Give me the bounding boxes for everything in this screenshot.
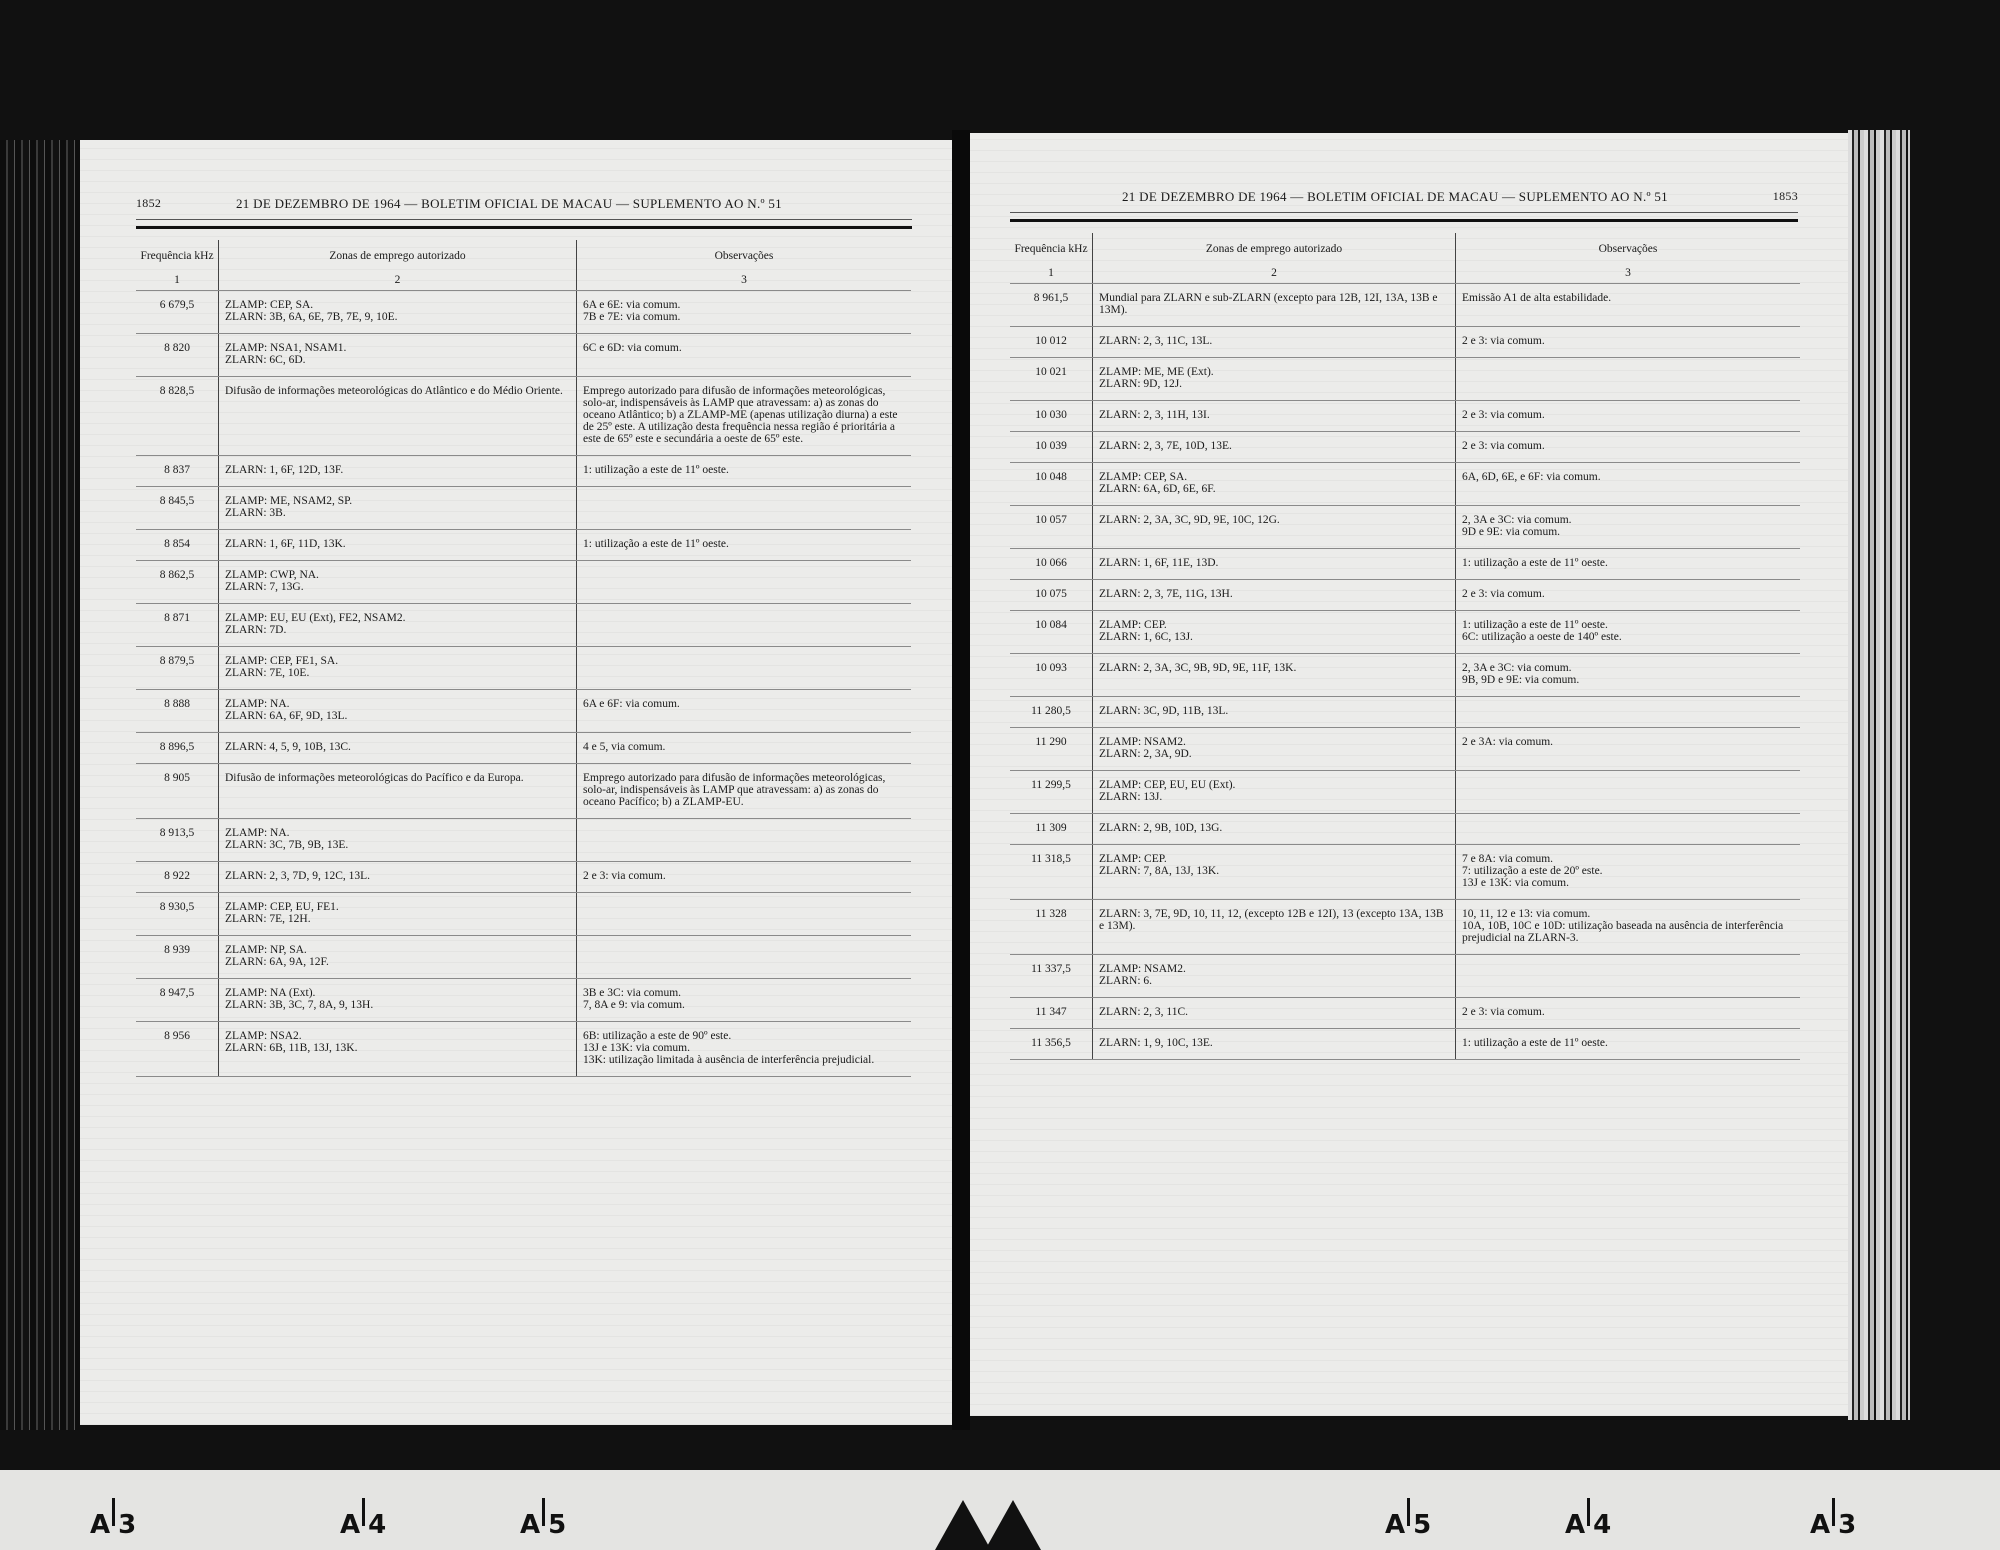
frequency-cell: 8 961,5 xyxy=(1010,284,1093,327)
frequency-cell: 8 837 xyxy=(136,456,219,487)
zones-cell-line: ZLAMP: CEP, FE1, SA. xyxy=(225,655,570,667)
observations-cell: 3B e 3C: via comum.7, 8A e 9: via comum. xyxy=(577,979,912,1022)
zones-cell: ZLAMP: EU, EU (Ext), FE2, NSAM2.ZLARN: 7… xyxy=(219,604,577,647)
zones-cell: ZLARN: 2, 9B, 10D, 13G. xyxy=(1093,814,1456,845)
frequency-cell: 8 905 xyxy=(136,764,219,819)
zones-cell: ZLARN: 4, 5, 9, 10B, 13C. xyxy=(219,733,577,764)
frequency-cell-line: 11 299,5 xyxy=(1016,779,1086,791)
frequency-cell: 8 939 xyxy=(136,936,219,979)
observations-cell xyxy=(577,487,912,530)
frequency-cell-line: 10 039 xyxy=(1016,440,1086,452)
zones-cell-line: ZLARN: 6B, 11B, 13J, 13K. xyxy=(225,1042,570,1054)
zones-cell: ZLARN: 2, 3A, 3C, 9B, 9D, 9E, 11F, 13K. xyxy=(1093,654,1456,697)
frequency-cell: 10 021 xyxy=(1010,358,1093,401)
observations-cell: 1: utilização a este de 11º oeste. xyxy=(1456,1029,1801,1060)
zones-cell-line: ZLARN: 1, 6F, 11D, 13K. xyxy=(225,538,570,550)
frequency-cell: 11 309 xyxy=(1010,814,1093,845)
observations-cell-line: 1: utilização a este de 11º oeste. xyxy=(583,538,905,550)
frequency-cell-line: 11 290 xyxy=(1016,736,1086,748)
header-rule xyxy=(1010,219,1798,222)
frequency-cell-line: 11 309 xyxy=(1016,822,1086,834)
table-row: 8 871ZLAMP: EU, EU (Ext), FE2, NSAM2.ZLA… xyxy=(136,604,911,647)
frequency-cell: 10 039 xyxy=(1010,432,1093,463)
zones-cell-line: ZLAMP: EU, EU (Ext), FE2, NSAM2. xyxy=(225,612,570,624)
frequency-cell-line: 11 347 xyxy=(1016,1006,1086,1018)
observations-cell-line: 7: utilização a este de 20º este. xyxy=(1462,865,1794,877)
page-number: 1852 xyxy=(136,196,161,211)
observations-cell-line: 10A, 10B, 10C e 10D: utilização baseada … xyxy=(1462,920,1794,944)
zones-cell-line: ZLARN: 2, 3, 11C, 13L. xyxy=(1099,335,1449,347)
table-row: 8 854ZLARN: 1, 6F, 11D, 13K.1: utilizaçã… xyxy=(136,530,911,561)
observations-cell xyxy=(577,819,912,862)
observations-cell-line: 9B, 9D e 9E: via comum. xyxy=(1462,674,1794,686)
frequency-cell-line: 10 030 xyxy=(1016,409,1086,421)
frequency-cell-line: 11 280,5 xyxy=(1016,705,1086,717)
film-notch-right xyxy=(985,1500,1041,1550)
observations-cell-line: 2 e 3: via comum. xyxy=(1462,409,1794,421)
frequency-table: Frequência kHz Zonas de emprego autoriza… xyxy=(1010,233,1800,1060)
zones-cell-line: ZLARN: 7, 8A, 13J, 13K. xyxy=(1099,865,1449,877)
frequency-cell-line: 11 328 xyxy=(1016,908,1086,920)
frequency-cell: 8 896,5 xyxy=(136,733,219,764)
observations-cell-line: 2, 3A e 3C: via comum. xyxy=(1462,514,1794,526)
frequency-cell: 8 922 xyxy=(136,862,219,893)
zones-cell-line: ZLARN: 13J. xyxy=(1099,791,1449,803)
zones-cell: ZLAMP: CEP, FE1, SA.ZLARN: 7E, 10E. xyxy=(219,647,577,690)
zones-cell-line: ZLARN: 1, 6C, 13J. xyxy=(1099,631,1449,643)
zones-cell: ZLAMP: CEP, EU, EU (Ext).ZLARN: 13J. xyxy=(1093,771,1456,814)
zones-cell-line: ZLAMP: CEP, EU, EU (Ext). xyxy=(1099,779,1449,791)
observations-cell: 2 e 3: via comum. xyxy=(577,862,912,893)
observations-cell-line: 13K: utilização limitada à ausência de i… xyxy=(583,1054,905,1066)
zones-cell: ZLARN: 3, 7E, 9D, 10, 11, 12, (excepto 1… xyxy=(1093,900,1456,955)
zones-cell-line: ZLARN: 2, 9B, 10D, 13G. xyxy=(1099,822,1449,834)
observations-cell-line: 2 e 3: via comum. xyxy=(1462,1006,1794,1018)
observations-cell xyxy=(577,647,912,690)
header-zones: Zonas de emprego autorizado xyxy=(219,240,577,268)
frequency-cell: 8 947,5 xyxy=(136,979,219,1022)
observations-cell-line: 7 e 8A: via comum. xyxy=(1462,853,1794,865)
frequency-cell-line: 10 057 xyxy=(1016,514,1086,526)
column-number-row: 1 2 3 xyxy=(1010,261,1800,284)
frequency-cell-line: 6 679,5 xyxy=(142,299,212,311)
observations-cell-line: 1: utilização a este de 11º oeste. xyxy=(1462,557,1794,569)
frequency-cell-line: 8 879,5 xyxy=(142,655,212,667)
film-marker: A4 xyxy=(1565,1510,1611,1540)
zones-cell-line: ZLARN: 4, 5, 9, 10B, 13C. xyxy=(225,741,570,753)
observations-cell: Emprego autorizado para difusão de infor… xyxy=(577,764,912,819)
observations-cell-line: 6A e 6F: via comum. xyxy=(583,698,905,710)
observations-cell: 1: utilização a este de 11º oeste. xyxy=(577,530,912,561)
zones-cell-line: ZLARN: 3B, 3C, 7, 8A, 9, 13H. xyxy=(225,999,570,1011)
zones-cell-line: ZLARN: 6A, 6F, 9D, 13L. xyxy=(225,710,570,722)
observations-cell-line: 6A e 6E: via comum. xyxy=(583,299,905,311)
frequency-cell-line: 8 896,5 xyxy=(142,741,212,753)
zones-cell-line: ZLAMP: CEP, SA. xyxy=(225,299,570,311)
page-number: 1853 xyxy=(1773,189,1798,204)
table-row: 11 356,5ZLARN: 1, 9, 10C, 13E.1: utiliza… xyxy=(1010,1029,1800,1060)
zones-cell: ZLAMP: NA (Ext).ZLARN: 3B, 3C, 7, 8A, 9,… xyxy=(219,979,577,1022)
zones-cell: ZLARN: 1, 6F, 12D, 13F. xyxy=(219,456,577,487)
frequency-cell: 11 337,5 xyxy=(1010,955,1093,998)
table-row: 10 075ZLARN: 2, 3, 7E, 11G, 13H.2 e 3: v… xyxy=(1010,580,1800,611)
frequency-cell-line: 8 854 xyxy=(142,538,212,550)
observations-cell: 1: utilização a este de 11º oeste. xyxy=(577,456,912,487)
zones-cell: ZLAMP: CEP.ZLARN: 1, 6C, 13J. xyxy=(1093,611,1456,654)
frequency-cell: 10 093 xyxy=(1010,654,1093,697)
zones-cell: ZLAMP: CEP, SA.ZLARN: 6A, 6D, 6E, 6F. xyxy=(1093,463,1456,506)
zones-cell: Difusão de informações meteorológicas do… xyxy=(219,764,577,819)
frequency-cell: 11 347 xyxy=(1010,998,1093,1029)
zones-cell: ZLARN: 2, 3, 11C, 13L. xyxy=(1093,327,1456,358)
zones-cell: ZLAMP: ME, ME (Ext).ZLARN: 9D, 12J. xyxy=(1093,358,1456,401)
table-row: 8 888ZLAMP: NA.ZLARN: 6A, 6F, 9D, 13L.6A… xyxy=(136,690,911,733)
zones-cell-line: ZLARN: 1, 9, 10C, 13E. xyxy=(1099,1037,1449,1049)
zones-cell-line: ZLAMP: NSAM2. xyxy=(1099,963,1449,975)
table-row: 11 318,5ZLAMP: CEP.ZLARN: 7, 8A, 13J, 13… xyxy=(1010,845,1800,900)
zones-cell: ZLAMP: CEP, SA.ZLARN: 3B, 6A, 6E, 7B, 7E… xyxy=(219,291,577,334)
frequency-cell: 8 820 xyxy=(136,334,219,377)
zones-cell: ZLARN: 2, 3, 7E, 10D, 13E. xyxy=(1093,432,1456,463)
table-body: 8 961,5Mundial para ZLARN e sub-ZLARN (e… xyxy=(1010,284,1800,1060)
column-number: 3 xyxy=(577,268,912,291)
frequency-cell: 8 845,5 xyxy=(136,487,219,530)
frequency-cell: 8 930,5 xyxy=(136,893,219,936)
zones-cell: ZLAMP: CEP, EU, FE1.ZLARN: 7E, 12H. xyxy=(219,893,577,936)
film-marker: A4 xyxy=(340,1510,386,1540)
observations-cell: 2, 3A e 3C: via comum.9D e 9E: via comum… xyxy=(1456,506,1801,549)
observations-cell: 1: utilização a este de 11º oeste.6C: ut… xyxy=(1456,611,1801,654)
film-marker: A3 xyxy=(90,1510,136,1540)
observations-cell-line: 13J e 13K: via comum. xyxy=(583,1042,905,1054)
zones-cell-line: ZLARN: 1, 6F, 11E, 13D. xyxy=(1099,557,1449,569)
observations-cell xyxy=(1456,814,1801,845)
observations-cell: 2, 3A e 3C: via comum.9B, 9D e 9E: via c… xyxy=(1456,654,1801,697)
frequency-cell-line: 8 905 xyxy=(142,772,212,784)
observations-cell xyxy=(1456,358,1801,401)
observations-cell: 7 e 8A: via comum.7: utilização a este d… xyxy=(1456,845,1801,900)
observations-cell: 2 e 3A: via comum. xyxy=(1456,728,1801,771)
film-marker: A5 xyxy=(1385,1510,1431,1540)
observations-cell-line: Emissão A1 de alta estabilidade. xyxy=(1462,292,1794,304)
zones-cell-line: ZLAMP: NP, SA. xyxy=(225,944,570,956)
zones-cell-line: ZLARN: 3, 7E, 9D, 10, 11, 12, (excepto 1… xyxy=(1099,908,1449,932)
frequency-cell-line: 11 318,5 xyxy=(1016,853,1086,865)
zones-cell-line: ZLARN: 2, 3A, 9D. xyxy=(1099,748,1449,760)
zones-cell: ZLAMP: CEP.ZLARN: 7, 8A, 13J, 13K. xyxy=(1093,845,1456,900)
observations-cell-line: 6B: utilização a este de 90º este. xyxy=(583,1030,905,1042)
observations-cell: 6A e 6E: via comum.7B e 7E: via comum. xyxy=(577,291,912,334)
zones-cell-line: ZLARN: 7, 13G. xyxy=(225,581,570,593)
zones-cell-line: Difusão de informações meteorológicas do… xyxy=(225,772,570,784)
observations-cell-line: 2 e 3: via comum. xyxy=(583,870,905,882)
table-row: 11 347ZLARN: 2, 3, 11C.2 e 3: via comum. xyxy=(1010,998,1800,1029)
frequency-cell: 11 290 xyxy=(1010,728,1093,771)
zones-cell-line: ZLARN: 2, 3, 11C. xyxy=(1099,1006,1449,1018)
frequency-cell: 10 048 xyxy=(1010,463,1093,506)
zones-cell-line: ZLAMP: CEP, SA. xyxy=(1099,471,1449,483)
table-row: 10 066ZLARN: 1, 6F, 11E, 13D.1: utilizaç… xyxy=(1010,549,1800,580)
column-number: 1 xyxy=(1010,261,1093,284)
table-row: 11 328ZLARN: 3, 7E, 9D, 10, 11, 12, (exc… xyxy=(1010,900,1800,955)
zones-cell-line: ZLARN: 3B. xyxy=(225,507,570,519)
column-number: 3 xyxy=(1456,261,1801,284)
zones-cell: ZLAMP: NSAM2.ZLARN: 6. xyxy=(1093,955,1456,998)
frequency-cell-line: 10 048 xyxy=(1016,471,1086,483)
observations-cell: 2 e 3: via comum. xyxy=(1456,580,1801,611)
frequency-cell: 8 879,5 xyxy=(136,647,219,690)
header-observations: Observações xyxy=(1456,233,1801,261)
table-row: 6 679,5ZLAMP: CEP, SA.ZLARN: 3B, 6A, 6E,… xyxy=(136,291,911,334)
frequency-cell: 11 318,5 xyxy=(1010,845,1093,900)
observations-cell: Emprego autorizado para difusão de infor… xyxy=(577,377,912,456)
observations-cell xyxy=(577,604,912,647)
zones-cell: Difusão de informações meteorológicas do… xyxy=(219,377,577,456)
zones-cell: ZLARN: 1, 9, 10C, 13E. xyxy=(1093,1029,1456,1060)
table-header-row: Frequência kHz Zonas de emprego autoriza… xyxy=(136,240,911,268)
zones-cell: ZLAMP: NP, SA.ZLARN: 6A, 9A, 12F. xyxy=(219,936,577,979)
table-row: 10 048ZLAMP: CEP, SA.ZLARN: 6A, 6D, 6E, … xyxy=(1010,463,1800,506)
zones-cell-line: ZLARN: 7E, 10E. xyxy=(225,667,570,679)
zones-cell: ZLARN: 2, 3, 11H, 13I. xyxy=(1093,401,1456,432)
frequency-cell-line: 11 337,5 xyxy=(1016,963,1086,975)
frequency-cell-line: 10 093 xyxy=(1016,662,1086,674)
observations-cell-line: 6C e 6D: via comum. xyxy=(583,342,905,354)
zones-cell: ZLARN: 2, 3, 7D, 9, 12C, 13L. xyxy=(219,862,577,893)
frequency-cell: 8 871 xyxy=(136,604,219,647)
header-zones: Zonas de emprego autorizado xyxy=(1093,233,1456,261)
observations-cell-line: 4 e 5, via comum. xyxy=(583,741,905,753)
zones-cell-line: ZLARN: 2, 3, 11H, 13I. xyxy=(1099,409,1449,421)
zones-cell: ZLAMP: ME, NSAM2, SP.ZLARN: 3B. xyxy=(219,487,577,530)
frequency-cell: 10 030 xyxy=(1010,401,1093,432)
zones-cell: ZLAMP: CWP, NA.ZLARN: 7, 13G. xyxy=(219,561,577,604)
frequency-cell-line: 8 862,5 xyxy=(142,569,212,581)
observations-cell-line: 2 e 3: via comum. xyxy=(1462,440,1794,452)
frequency-cell-line: 8 961,5 xyxy=(1016,292,1086,304)
zones-cell: ZLARN: 3C, 9D, 11B, 13L. xyxy=(1093,697,1456,728)
observations-cell-line: 13J e 13K: via comum. xyxy=(1462,877,1794,889)
zones-cell: ZLARN: 2, 3, 11C. xyxy=(1093,998,1456,1029)
frequency-cell-line: 8 845,5 xyxy=(142,495,212,507)
observations-cell: 2 e 3: via comum. xyxy=(1456,401,1801,432)
observations-cell: 2 e 3: via comum. xyxy=(1456,327,1801,358)
table-row: 8 896,5ZLARN: 4, 5, 9, 10B, 13C.4 e 5, v… xyxy=(136,733,911,764)
zones-cell-line: ZLARN: 2, 3A, 3C, 9D, 9E, 10C, 12G. xyxy=(1099,514,1449,526)
zones-cell-line: ZLARN: 7D. xyxy=(225,624,570,636)
zones-cell-line: ZLARN: 6C, 6D. xyxy=(225,354,570,366)
frequency-cell: 8 828,5 xyxy=(136,377,219,456)
zones-cell-line: ZLAMP: NSA2. xyxy=(225,1030,570,1042)
frequency-cell: 8 913,5 xyxy=(136,819,219,862)
observations-cell-line: Emprego autorizado para difusão de infor… xyxy=(583,385,905,445)
frequency-cell-line: 8 947,5 xyxy=(142,987,212,999)
column-number: 2 xyxy=(1093,261,1456,284)
frequency-cell-line: 8 820 xyxy=(142,342,212,354)
observations-cell-line: 9D e 9E: via comum. xyxy=(1462,526,1794,538)
table-row: 8 905Difusão de informações meteorológic… xyxy=(136,764,911,819)
frequency-cell: 11 328 xyxy=(1010,900,1093,955)
observations-cell-line: 7B e 7E: via comum. xyxy=(583,311,905,323)
observations-cell-line: 6C: utilização a oeste de 140º este. xyxy=(1462,631,1794,643)
zones-cell-line: ZLAMP: CEP, EU, FE1. xyxy=(225,901,570,913)
table-row: 11 280,5ZLARN: 3C, 9D, 11B, 13L. xyxy=(1010,697,1800,728)
zones-cell-line: ZLARN: 9D, 12J. xyxy=(1099,378,1449,390)
frequency-cell: 6 679,5 xyxy=(136,291,219,334)
column-number: 2 xyxy=(219,268,577,291)
frequency-cell-line: 8 871 xyxy=(142,612,212,624)
frequency-cell-line: 8 828,5 xyxy=(142,385,212,397)
header-frequency: Frequência kHz xyxy=(1010,233,1093,261)
table-row: 10 030ZLARN: 2, 3, 11H, 13I.2 e 3: via c… xyxy=(1010,401,1800,432)
observations-cell-line: 2 e 3: via comum. xyxy=(1462,335,1794,347)
table-row: 8 956ZLAMP: NSA2.ZLARN: 6B, 11B, 13J, 13… xyxy=(136,1022,911,1077)
film-marker: A3 xyxy=(1810,1510,1856,1540)
table-row: 10 012ZLARN: 2, 3, 11C, 13L.2 e 3: via c… xyxy=(1010,327,1800,358)
zones-cell-line: ZLARN: 3B, 6A, 6E, 7B, 7E, 9, 10E. xyxy=(225,311,570,323)
observations-cell: 10, 11, 12 e 13: via comum.10A, 10B, 10C… xyxy=(1456,900,1801,955)
left-page: 1852 21 DE DEZEMBRO DE 1964 — BOLETIM OF… xyxy=(80,140,952,1425)
table-row: 8 961,5Mundial para ZLARN e sub-ZLARN (e… xyxy=(1010,284,1800,327)
observations-cell: 6A, 6D, 6E, e 6F: via comum. xyxy=(1456,463,1801,506)
table-row: 8 947,5ZLAMP: NA (Ext).ZLARN: 3B, 3C, 7,… xyxy=(136,979,911,1022)
observations-cell: 2 e 3: via comum. xyxy=(1456,432,1801,463)
zones-cell-line: ZLAMP: ME, ME (Ext). xyxy=(1099,366,1449,378)
zones-cell-line: ZLARN: 6A, 9A, 12F. xyxy=(225,956,570,968)
frequency-cell-line: 8 956 xyxy=(142,1030,212,1042)
table-row: 8 930,5ZLAMP: CEP, EU, FE1.ZLARN: 7E, 12… xyxy=(136,893,911,936)
zones-cell-line: ZLAMP: CEP. xyxy=(1099,853,1449,865)
zones-cell-line: ZLARN: 2, 3A, 3C, 9B, 9D, 9E, 11F, 13K. xyxy=(1099,662,1449,674)
observations-cell: 4 e 5, via comum. xyxy=(577,733,912,764)
table-body: 6 679,5ZLAMP: CEP, SA.ZLARN: 3B, 6A, 6E,… xyxy=(136,291,911,1077)
zones-cell-line: ZLAMP: CWP, NA. xyxy=(225,569,570,581)
zones-cell: ZLAMP: NA.ZLARN: 3C, 7B, 9B, 13E. xyxy=(219,819,577,862)
frequency-cell: 11 356,5 xyxy=(1010,1029,1093,1060)
frequency-cell: 8 956 xyxy=(136,1022,219,1077)
zones-cell-line: ZLARN: 6. xyxy=(1099,975,1449,987)
zones-cell-line: ZLARN: 7E, 12H. xyxy=(225,913,570,925)
zones-cell-line: ZLAMP: NA (Ext). xyxy=(225,987,570,999)
frequency-cell: 11 280,5 xyxy=(1010,697,1093,728)
frequency-cell-line: 10 084 xyxy=(1016,619,1086,631)
zones-cell-line: ZLARN: 3C, 9D, 11B, 13L. xyxy=(1099,705,1449,717)
table-row: 10 093ZLARN: 2, 3A, 3C, 9B, 9D, 9E, 11F,… xyxy=(1010,654,1800,697)
column-number-row: 1 2 3 xyxy=(136,268,911,291)
frequency-cell-line: 8 922 xyxy=(142,870,212,882)
zones-cell-line: ZLARN: 6A, 6D, 6E, 6F. xyxy=(1099,483,1449,495)
table-row: 8 913,5ZLAMP: NA.ZLARN: 3C, 7B, 9B, 13E. xyxy=(136,819,911,862)
running-head-title: 21 DE DEZEMBRO DE 1964 — BOLETIM OFICIAL… xyxy=(1122,189,1668,205)
table-row: 11 309ZLARN: 2, 9B, 10D, 13G. xyxy=(1010,814,1800,845)
frequency-cell: 10 075 xyxy=(1010,580,1093,611)
header-rule xyxy=(136,226,912,229)
observations-cell xyxy=(1456,697,1801,728)
observations-cell: Emissão A1 de alta estabilidade. xyxy=(1456,284,1801,327)
frequency-cell: 10 084 xyxy=(1010,611,1093,654)
observations-cell-line: 2 e 3A: via comum. xyxy=(1462,736,1794,748)
frequency-cell-line: 8 939 xyxy=(142,944,212,956)
zones-cell-line: ZLAMP: NSA1, NSAM1. xyxy=(225,342,570,354)
frequency-cell: 10 057 xyxy=(1010,506,1093,549)
frequency-cell-line: 8 930,5 xyxy=(142,901,212,913)
frequency-cell: 10 012 xyxy=(1010,327,1093,358)
zones-cell-line: ZLAMP: NSAM2. xyxy=(1099,736,1449,748)
zones-cell-line: ZLARN: 2, 3, 7E, 10D, 13E. xyxy=(1099,440,1449,452)
film-marker: A5 xyxy=(520,1510,566,1540)
table-row: 11 299,5ZLAMP: CEP, EU, EU (Ext).ZLARN: … xyxy=(1010,771,1800,814)
table-row: 8 845,5ZLAMP: ME, NSAM2, SP.ZLARN: 3B. xyxy=(136,487,911,530)
observations-cell: 2 e 3: via comum. xyxy=(1456,998,1801,1029)
frequency-cell: 11 299,5 xyxy=(1010,771,1093,814)
frequency-cell-line: 11 356,5 xyxy=(1016,1037,1086,1049)
film-notch-left xyxy=(935,1500,991,1550)
observations-cell-line: 1: utilização a este de 11º oeste. xyxy=(1462,619,1794,631)
observations-cell xyxy=(1456,955,1801,998)
table-row: 10 039ZLARN: 2, 3, 7E, 10D, 13E.2 e 3: v… xyxy=(1010,432,1800,463)
book-left-edge xyxy=(0,140,80,1430)
frequency-cell-line: 8 888 xyxy=(142,698,212,710)
zones-cell-line: ZLAMP: NA. xyxy=(225,698,570,710)
zones-cell-line: ZLAMP: ME, NSAM2, SP. xyxy=(225,495,570,507)
frequency-cell: 8 862,5 xyxy=(136,561,219,604)
zones-cell-line: Mundial para ZLARN e sub-ZLARN (excepto … xyxy=(1099,292,1449,316)
table-row: 8 820ZLAMP: NSA1, NSAM1.ZLARN: 6C, 6D.6C… xyxy=(136,334,911,377)
table-row: 8 922ZLARN: 2, 3, 7D, 9, 12C, 13L.2 e 3:… xyxy=(136,862,911,893)
zones-cell-line: ZLARN: 1, 6F, 12D, 13F. xyxy=(225,464,570,476)
table-row: 10 084ZLAMP: CEP.ZLARN: 1, 6C, 13J.1: ut… xyxy=(1010,611,1800,654)
frequency-cell-line: 10 012 xyxy=(1016,335,1086,347)
table-row: 11 290ZLAMP: NSAM2.ZLARN: 2, 3A, 9D.2 e … xyxy=(1010,728,1800,771)
book-right-edge xyxy=(1848,130,1910,1420)
observations-cell-line: 10, 11, 12 e 13: via comum. xyxy=(1462,908,1794,920)
frequency-cell-line: 8 913,5 xyxy=(142,827,212,839)
table-row: 10 021ZLAMP: ME, ME (Ext).ZLARN: 9D, 12J… xyxy=(1010,358,1800,401)
observations-cell: 1: utilização a este de 11º oeste. xyxy=(1456,549,1801,580)
frequency-cell-line: 10 066 xyxy=(1016,557,1086,569)
header-rule-thin xyxy=(1010,212,1798,213)
observations-cell-line: 2 e 3: via comum. xyxy=(1462,588,1794,600)
observations-cell xyxy=(577,893,912,936)
frequency-cell: 10 066 xyxy=(1010,549,1093,580)
observations-cell-line: 3B e 3C: via comum. xyxy=(583,987,905,999)
observations-cell: 6B: utilização a este de 90º este.13J e … xyxy=(577,1022,912,1077)
zones-cell: ZLARN: 2, 3A, 3C, 9D, 9E, 10C, 12G. xyxy=(1093,506,1456,549)
header-observations: Observações xyxy=(577,240,912,268)
observations-cell xyxy=(1456,771,1801,814)
zones-cell-line: ZLARN: 3C, 7B, 9B, 13E. xyxy=(225,839,570,851)
zones-cell: ZLARN: 2, 3, 7E, 11G, 13H. xyxy=(1093,580,1456,611)
header-rule-thin xyxy=(136,219,912,220)
table-row: 8 939ZLAMP: NP, SA.ZLARN: 6A, 9A, 12F. xyxy=(136,936,911,979)
table-row: 8 828,5Difusão de informações meteorológ… xyxy=(136,377,911,456)
zones-cell: ZLARN: 1, 6F, 11D, 13K. xyxy=(219,530,577,561)
zones-cell: ZLARN: 1, 6F, 11E, 13D. xyxy=(1093,549,1456,580)
table-row: 8 862,5ZLAMP: CWP, NA.ZLARN: 7, 13G. xyxy=(136,561,911,604)
frequency-cell-line: 8 837 xyxy=(142,464,212,476)
zones-cell: ZLAMP: NSA2.ZLARN: 6B, 11B, 13J, 13K. xyxy=(219,1022,577,1077)
right-page: 21 DE DEZEMBRO DE 1964 — BOLETIM OFICIAL… xyxy=(970,133,1848,1416)
zones-cell-line: Difusão de informações meteorológicas do… xyxy=(225,385,570,397)
zones-cell-line: ZLAMP: CEP. xyxy=(1099,619,1449,631)
frequency-cell: 8 854 xyxy=(136,530,219,561)
observations-cell-line: 6A, 6D, 6E, e 6F: via comum. xyxy=(1462,471,1794,483)
table-row: 10 057ZLARN: 2, 3A, 3C, 9D, 9E, 10C, 12G… xyxy=(1010,506,1800,549)
column-number: 1 xyxy=(136,268,219,291)
table-row: 11 337,5ZLAMP: NSAM2.ZLARN: 6. xyxy=(1010,955,1800,998)
observations-cell-line: 2, 3A e 3C: via comum. xyxy=(1462,662,1794,674)
zones-cell: ZLAMP: NSAM2.ZLARN: 2, 3A, 9D. xyxy=(1093,728,1456,771)
